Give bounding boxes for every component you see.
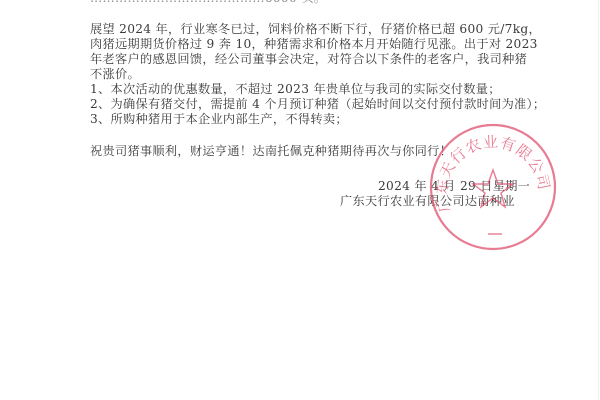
svg-text:广东天行农业有限公司: 广东天行农业有限公司 <box>432 133 553 214</box>
condition-3: 3、所购种猪用于本企业内部生产，不得转卖； <box>90 112 348 127</box>
document-page: ……………………………………6000 头。 展望 2024 年，行业寒冬已过，饲… <box>0 0 600 400</box>
company-seal-icon: 广东天行农业有限公司 <box>428 122 558 252</box>
page-edge-divider <box>598 0 599 400</box>
cropped-top-line: ……………………………………6000 头。 <box>90 0 326 6</box>
paragraph-line-3: 年老客户的感恩回馈，经公司董事会决定，对符合以下条件的老客户，我司种猪 <box>90 52 527 67</box>
paragraph-line-4: 不涨价。 <box>90 67 140 82</box>
paragraph-line-1: 展望 2024 年，行业寒冬已过，饲料价格不断下行，仔猪价格已超 600 元/7… <box>90 22 541 37</box>
condition-2: 2、为确保有猪交付，需提前 4 个月预订种猪（起始时间以交付预付款时间为准）； <box>90 97 545 112</box>
condition-1: 1、本次活动的优惠数量，不超过 2023 年贵单位与我司的实际交付数量； <box>90 82 501 97</box>
paragraph-line-2: 肉猪远期期货价格过 9 奔 10，种猪需求和价格本月开始随行见涨。出于对 202… <box>90 37 538 52</box>
closing-line: 祝贵司猪事顺利，财运亨通！达南托佩克种猪期待再次与你同行！ <box>90 144 452 159</box>
